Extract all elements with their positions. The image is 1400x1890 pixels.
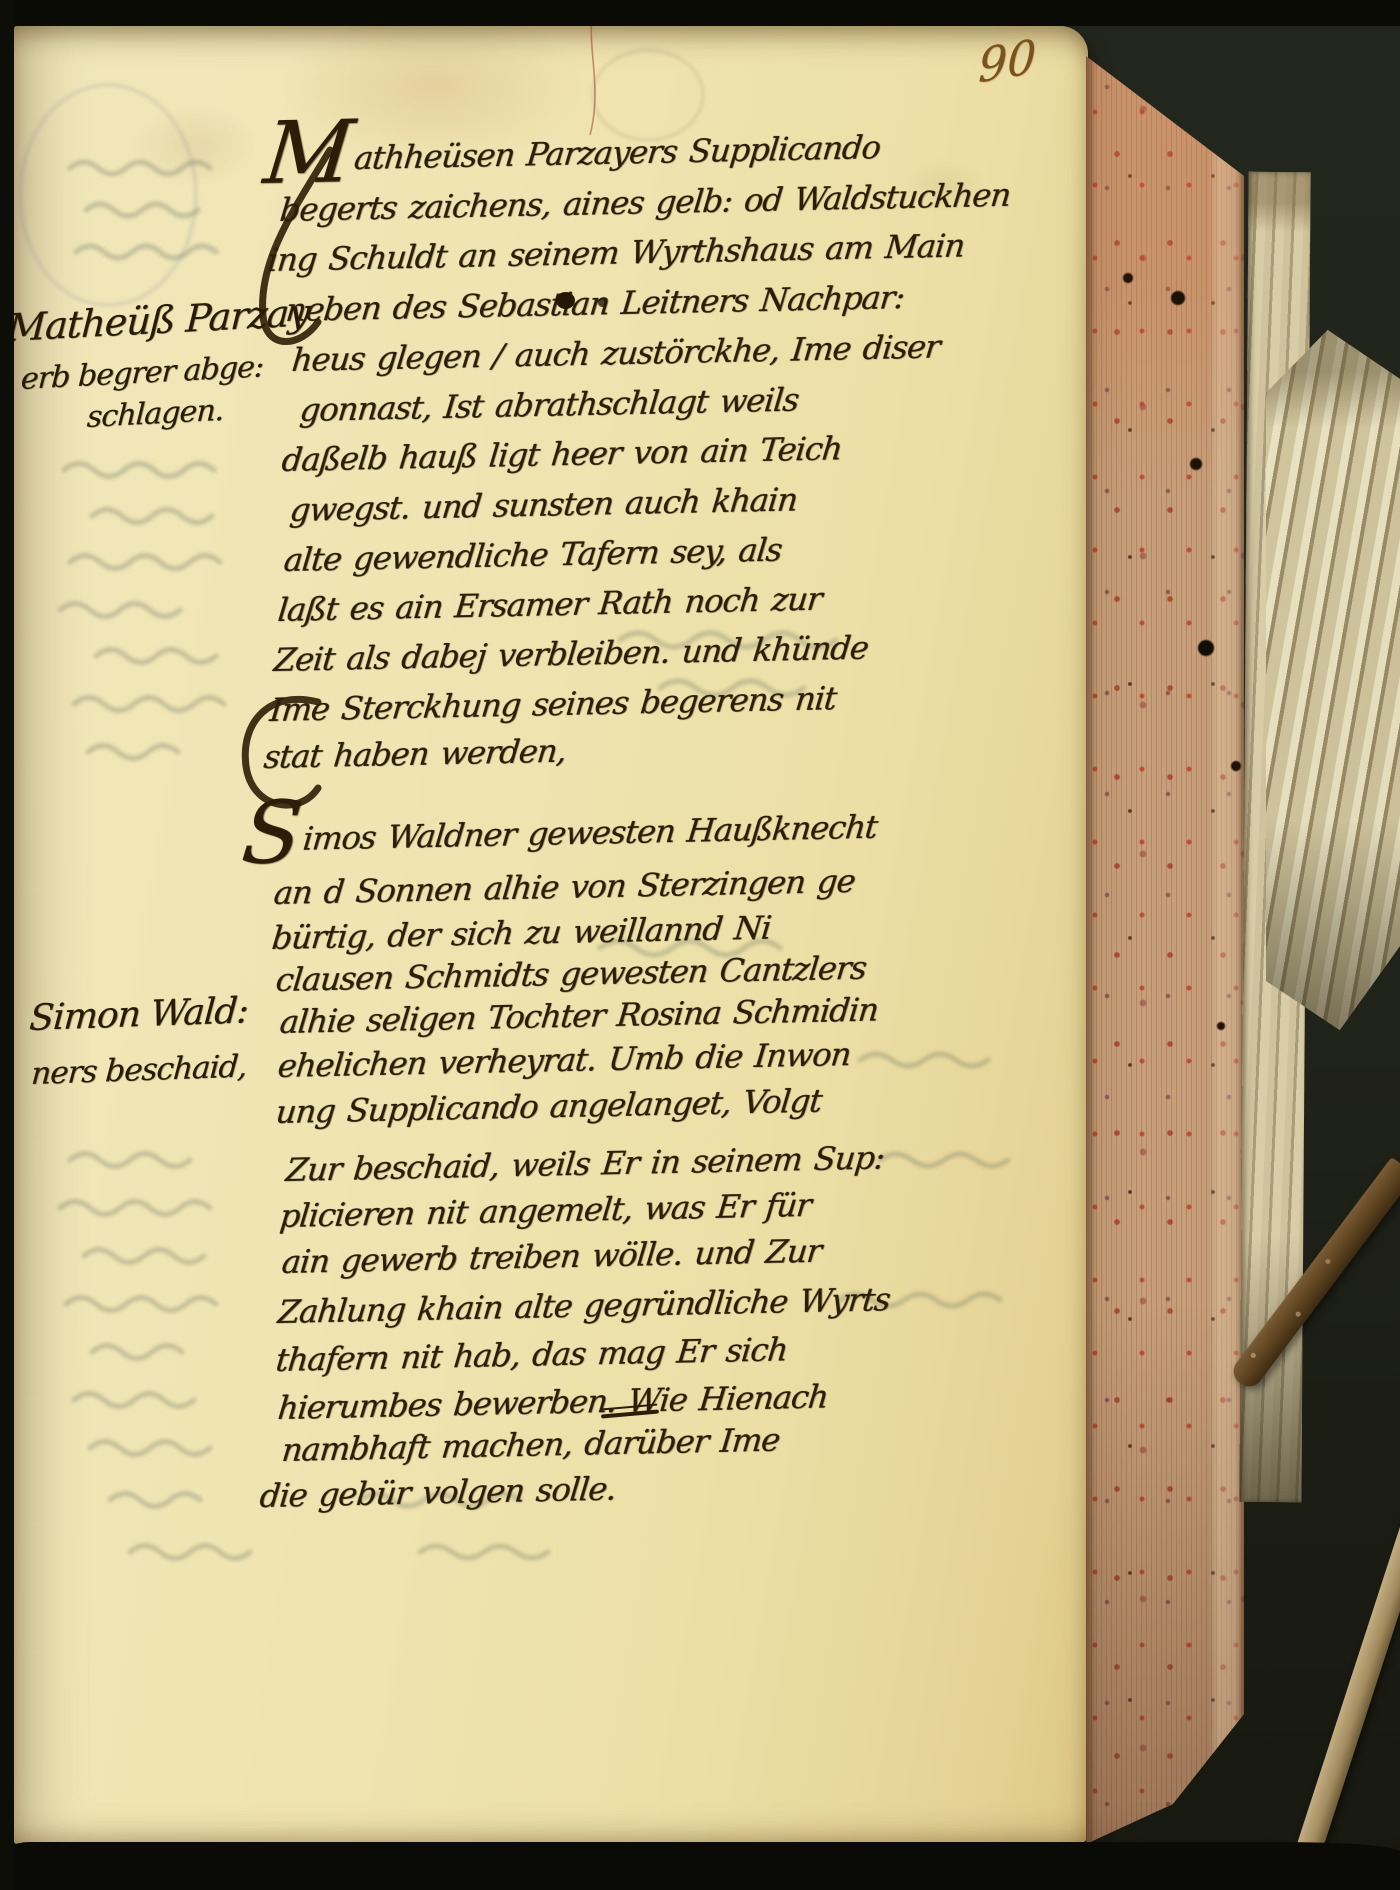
leather-tie-2 <box>1284 1486 1400 1890</box>
entry1-line-13: stat haben werden, <box>262 731 568 777</box>
photo-edge-bottom <box>0 1842 1400 1890</box>
margin-note-line: schlagen. <box>86 393 224 435</box>
flourished-initial-s: S <box>238 783 306 884</box>
folio-number: 90 <box>977 28 1037 93</box>
book-fore-edge <box>1086 26 1244 1844</box>
photo-edge-top <box>0 0 1400 26</box>
book-gutter-shadow <box>0 0 14 1890</box>
ink-blot-small <box>598 299 607 307</box>
manuscript-photo: 90 Matheüß Parzay erb begrer abge: schla… <box>0 0 1400 1890</box>
fore-edge-speckles <box>1086 26 1244 1844</box>
parchment-cover-flap <box>1266 330 1400 1030</box>
margin-note-line: ners beschaid, <box>30 1049 248 1092</box>
entry2-line-15: die gebür volgen solle. <box>258 1469 618 1516</box>
ink-blot <box>556 292 575 309</box>
margin-note-line: Simon Wald: <box>28 990 249 1039</box>
